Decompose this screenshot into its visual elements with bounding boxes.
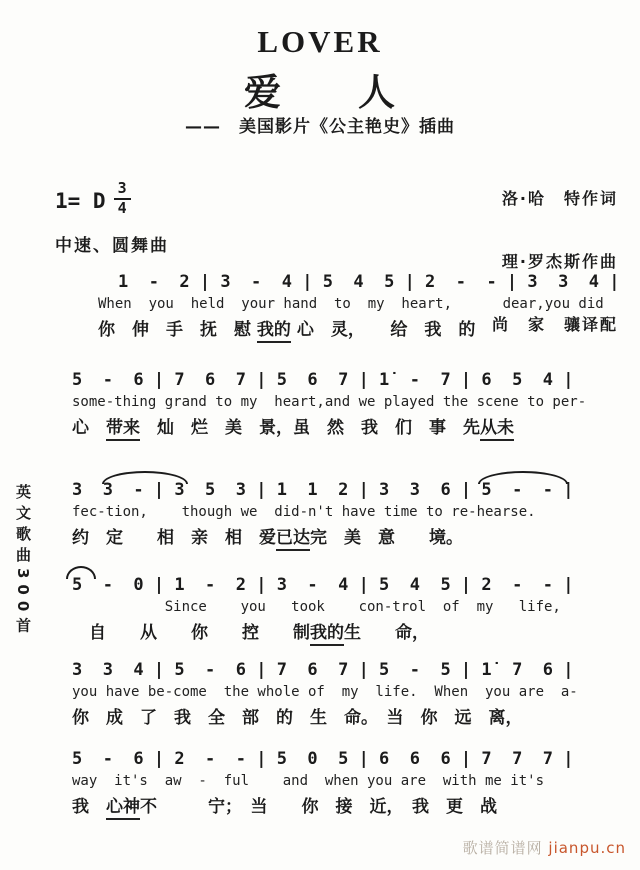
tie-arc [478,471,568,484]
lyric-segment: 心 灵， 给 我 的 [291,320,475,340]
song-title-english: LOVER [0,24,640,60]
notes-row: 1 - 2 | 3 - 4 | 5 4 5 | 2 - - | 3 3 4 | [98,272,617,296]
english-lyrics: way it's aw - ful and when you are with … [72,773,617,792]
notes-row: 3 3 4 | 5 - 6 | 7 6 7 | 5 - 5 | 1̇ 7 6 | [72,660,617,684]
lyric-segment: 心 [72,418,106,438]
score-body: 1 - 2 | 3 - 4 | 5 4 5 | 2 - - | 3 3 4 |W… [72,272,617,818]
sheet-music-page: LOVER 爱 人 —— 美国影片《公主艳史》插曲 洛·哈 特作词 理·罗杰斯作… [0,0,640,870]
lyric-segment: 生 命， [344,623,429,643]
credit-lyricist: 洛·哈 特作词 [492,188,618,209]
lyric-segment: 我 [72,797,106,817]
lyric-underlined-segment: 从未 [480,418,514,441]
tie-arc [66,566,96,579]
song-subtitle: —— 美国影片《公主艳史》插曲 [0,112,640,137]
song-title-chinese: 爱 人 [0,62,640,116]
side-series-label: 英文歌曲300首 [13,484,34,638]
notes-row: 5 - 6 | 2 - - | 5 0 5 | 6 6 6 | 7 7 7 | [72,749,617,773]
score-line: 3 3 - | 3 5 3 | 1 1 2 | 3 3 6 | 5 - - |f… [72,480,617,549]
chinese-lyrics: 自 从 你 控 制我的生 命， [72,618,617,644]
chinese-lyrics: 心 带来 灿 烂 美 景，虽 然 我 们 事 先从未 [72,413,617,439]
score-line: 5 - 6 | 7 6 7 | 5 6 7 | 1̇ - 7 | 6 5 4 |… [72,370,617,439]
tie-arc [102,471,188,484]
lyric-underlined-segment: 心神 [106,797,140,820]
lyric-segment: 约 定 相 亲 相 爱 [72,528,276,548]
key-label: 1= D [55,189,106,213]
english-lyrics: fec-tion, though we did-n't have time to… [72,504,617,523]
score-line: 5 - 0 | 1 - 2 | 3 - 4 | 5 4 5 | 2 - - | … [72,575,617,644]
time-signature-numerator: 3 [114,181,131,200]
lyric-segment: 你 成 了 我 全 部 的 生 命。 当 你 远 离， [72,708,523,728]
english-lyrics: some-thing grand to my heart,and we play… [72,394,617,413]
lyric-segment: 不 宁； 当 你 接 近， 我 更 战 [140,797,497,817]
lyric-underlined-segment: 我的 [310,623,344,646]
credit-composer: 理·罗杰斯作曲 [492,251,618,272]
score-line: 3 3 4 | 5 - 6 | 7 6 7 | 5 - 5 | 1̇ 7 6 |… [72,660,617,729]
watermark: 歌谱简谱网 jianpu.cn [463,837,626,858]
chinese-lyrics: 我 心神不 宁； 当 你 接 近， 我 更 战 [72,792,617,818]
lyric-segment: 灿 烂 美 景，虽 然 我 们 事 先 [140,418,480,438]
score-line: 1 - 2 | 3 - 4 | 5 4 5 | 2 - - | 3 3 4 |W… [72,272,617,341]
notes-row: 5 - 0 | 1 - 2 | 3 - 4 | 5 4 5 | 2 - - | [72,575,617,599]
watermark-site-url: jianpu.cn [548,839,626,857]
chinese-lyrics: 约 定 相 亲 相 爱已达完 美 意 境。 [72,523,617,549]
time-signature-denominator: 4 [118,200,127,217]
lyric-segment: 自 从 你 控 制 [72,623,310,643]
chinese-lyrics: 你 伸 手 抚 慰 我的 心 灵， 给 我 的 [98,315,617,341]
lyric-underlined-segment: 已达 [276,528,310,551]
chinese-lyrics: 你 成 了 我 全 部 的 生 命。 当 你 远 离， [72,703,617,729]
notes-row: 3 3 - | 3 5 3 | 1 1 2 | 3 3 6 | 5 - - | [72,480,617,504]
watermark-site-name: 歌谱简谱网 [463,839,549,857]
notes-row: 5 - 6 | 7 6 7 | 5 6 7 | 1̇ - 7 | 6 5 4 | [72,370,617,394]
lyric-segment: 完 美 意 境。 [310,528,463,548]
score-line: 5 - 6 | 2 - - | 5 0 5 | 6 6 6 | 7 7 7 |w… [72,749,617,818]
lyric-segment: 你 伸 手 抚 慰 [98,320,257,340]
english-lyrics: When you held your hand to my heart, dea… [98,296,617,315]
time-signature: 3 4 [114,181,131,217]
key-signature: 1= D 3 4 [55,183,131,219]
english-lyrics: you have be-come the whole of my life. W… [72,684,617,703]
lyric-underlined-segment: 我的 [257,320,291,343]
tempo-marking: 中速、圆舞曲 [55,231,169,256]
english-lyrics: Since you took con-trol of my life, [72,599,617,618]
lyric-underlined-segment: 带来 [106,418,140,441]
